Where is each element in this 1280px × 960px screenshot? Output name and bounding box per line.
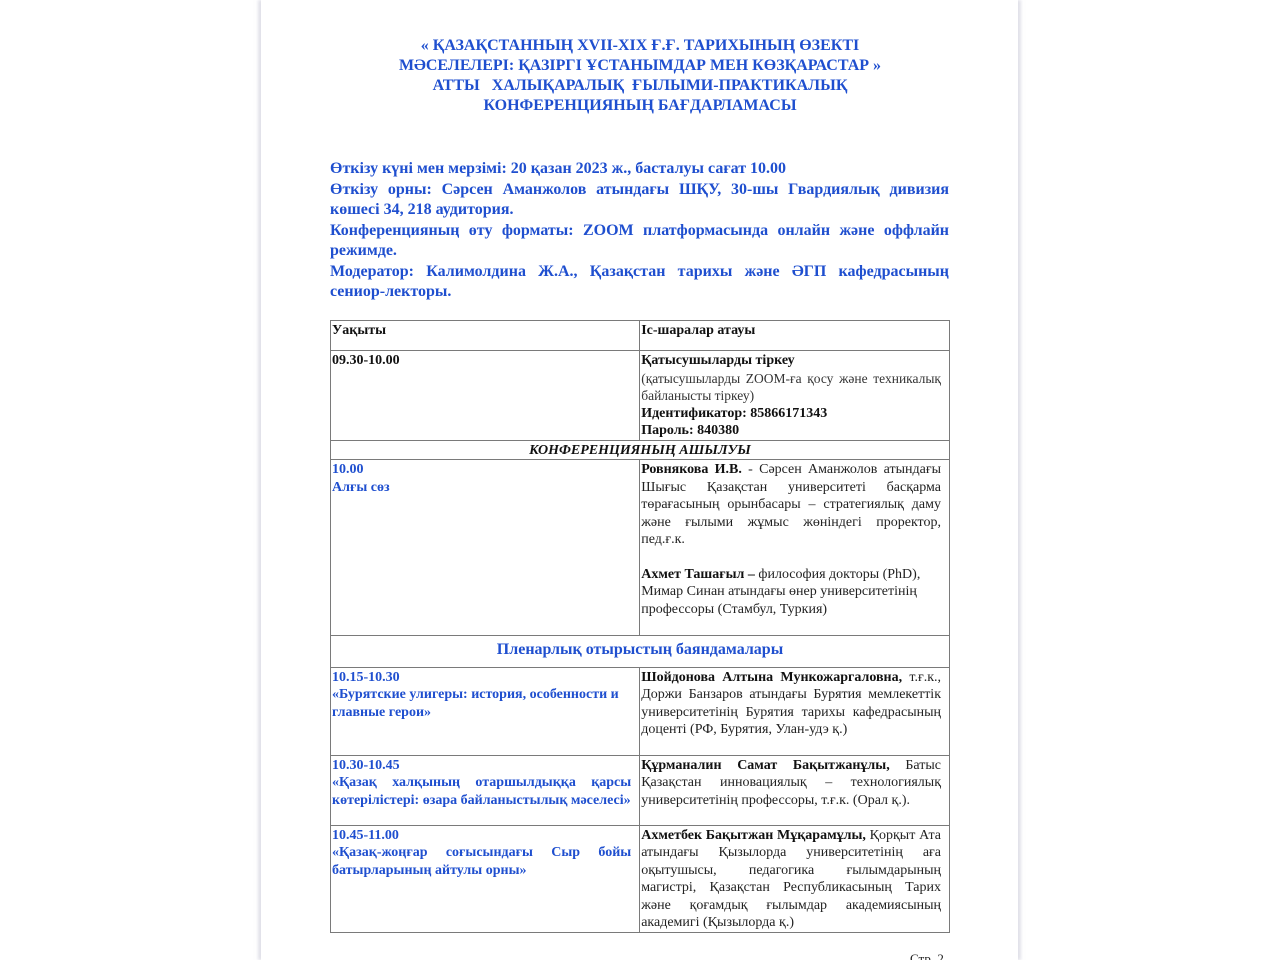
speaker-name: Ровнякова И.В. bbox=[641, 462, 742, 477]
registration-title: Қатысушыларды тіркеу bbox=[641, 352, 941, 370]
event-info: Өткізу күні мен мерзімі: 20 қазан 2023 ж… bbox=[330, 159, 949, 303]
plenary-section-title: Пленарлық отырыстың баяндамалары bbox=[331, 636, 950, 668]
title-line: МӘСЕЛЕЛЕРІ: ҚАЗІРГІ ҰСТАНЫМДАР МЕН КӨЗҚА… bbox=[330, 56, 950, 76]
opening-label: Алғы сөз bbox=[332, 479, 638, 497]
zoom-identifier: Идентификатор: 85866171343 bbox=[641, 405, 941, 423]
speaker-2: Ахмет Ташағыл – философия докторы (PhD),… bbox=[641, 566, 941, 619]
opening-time-cell: 10.00 Алғы сөз bbox=[331, 460, 640, 636]
table-row: 09.30-10.00 Қатысушыларды тіркеу (қатысу… bbox=[331, 351, 950, 441]
speaker-name: Ахмет Ташағыл – bbox=[641, 567, 755, 582]
talk-topic: «Қазақ халқының отаршылдыққа қарсы көтер… bbox=[332, 774, 631, 809]
table-row: 10.45-11.00 «Қазақ-жоңғар соғысындағы Сы… bbox=[331, 825, 950, 932]
speaker-name: Ахметбек Бақытжан Мұқарамұлы, bbox=[641, 828, 866, 843]
table-row: 10.30-10.45 «Қазақ халқының отаршылдыққа… bbox=[331, 755, 950, 825]
table-row: 10.15-10.30 «Бурятские улигеры: история,… bbox=[331, 667, 950, 755]
title-line: АТТЫ ХАЛЫҚАРАЛЫҚ ҒЫЛЫМИ-ПРАКТИКАЛЫҚ bbox=[330, 76, 950, 96]
talk-time-cell: 10.45-11.00 «Қазақ-жоңғар соғысындағы Сы… bbox=[331, 825, 640, 932]
opening-section-title: КОНФЕРЕНЦИЯНЫҢ АШЫЛУЫ bbox=[331, 440, 950, 460]
registration-time: 09.30-10.00 bbox=[331, 351, 640, 441]
registration-cell: Қатысушыларды тіркеу (қатысушыларды ZOOM… bbox=[640, 351, 950, 441]
table-row: 10.00 Алғы сөз Ровнякова И.В. - Сәрсен А… bbox=[331, 460, 950, 636]
title-line: КОНФЕРЕНЦИЯНЫҢ БАҒДАРЛАМАСЫ bbox=[330, 96, 950, 116]
program-title: « ҚАЗАҚСТАННЫҢ XVII-XIX Ғ.Ғ. ТАРИХЫНЫҢ Ө… bbox=[330, 36, 950, 116]
event-date: Өткізу күні мен мерзімі: 20 қазан 2023 ж… bbox=[330, 159, 949, 180]
table-header-row: Уақыты Іс-шаралар атауы bbox=[331, 321, 950, 351]
talk-speaker-cell: Құрманалин Самат Бақытжанұлы, Батыс Қаза… bbox=[640, 755, 950, 825]
speaker-1: Ровнякова И.В. - Сәрсен Аманжолов атында… bbox=[641, 461, 941, 549]
page-number: Стр. 2 bbox=[910, 951, 944, 960]
event-format: Конференцияның өту форматы: ZOOM платфор… bbox=[330, 221, 949, 262]
talk-speaker-cell: Шойдонова Алтына Мункожаргаловна, т.ғ.к.… bbox=[640, 667, 950, 755]
zoom-password: Пароль: 840380 bbox=[641, 422, 941, 440]
talk-speaker-cell: Ахметбек Бақытжан Мұқарамұлы, Қорқыт Ата… bbox=[640, 825, 950, 932]
talk-time: 10.45-11.00 bbox=[332, 827, 631, 845]
opening-speakers-cell: Ровнякова И.В. - Сәрсен Аманжолов атында… bbox=[640, 460, 950, 636]
talk-time: 10.30-10.45 bbox=[332, 757, 631, 775]
header-event: Іс-шаралар атауы bbox=[640, 321, 950, 351]
speaker-name: Шойдонова Алтына Мункожаргаловна, bbox=[641, 670, 902, 685]
opening-time: 10.00 bbox=[332, 461, 638, 479]
talk-time-cell: 10.30-10.45 «Қазақ халқының отаршылдыққа… bbox=[331, 755, 640, 825]
talk-time-cell: 10.15-10.30 «Бурятские улигеры: история,… bbox=[331, 667, 640, 755]
header-time: Уақыты bbox=[331, 321, 640, 351]
title-line: « ҚАЗАҚСТАННЫҢ XVII-XIX Ғ.Ғ. ТАРИХЫНЫҢ Ө… bbox=[330, 36, 950, 56]
event-moderator: Модератор: Калимолдина Ж.А., Қазақстан т… bbox=[330, 262, 949, 303]
section-row: КОНФЕРЕНЦИЯНЫҢ АШЫЛУЫ bbox=[331, 440, 950, 460]
registration-note: (қатысушыларды ZOOM-ға қосу және техника… bbox=[641, 370, 941, 405]
talk-topic: «Қазақ-жоңғар соғысындағы Сыр бойы батыр… bbox=[332, 844, 631, 879]
talk-time: 10.15-10.30 bbox=[332, 669, 638, 687]
talk-topic: «Бурятские улигеры: история, особенности… bbox=[332, 686, 638, 721]
speaker-name: Құрманалин Самат Бақытжанұлы, bbox=[641, 758, 890, 773]
section-row: Пленарлық отырыстың баяндамалары bbox=[331, 636, 950, 668]
event-place: Өткізу орны: Сәрсен Аманжолов атындағы Ш… bbox=[330, 180, 949, 221]
program-table: Уақыты Іс-шаралар атауы 09.30-10.00 Қаты… bbox=[330, 320, 950, 933]
